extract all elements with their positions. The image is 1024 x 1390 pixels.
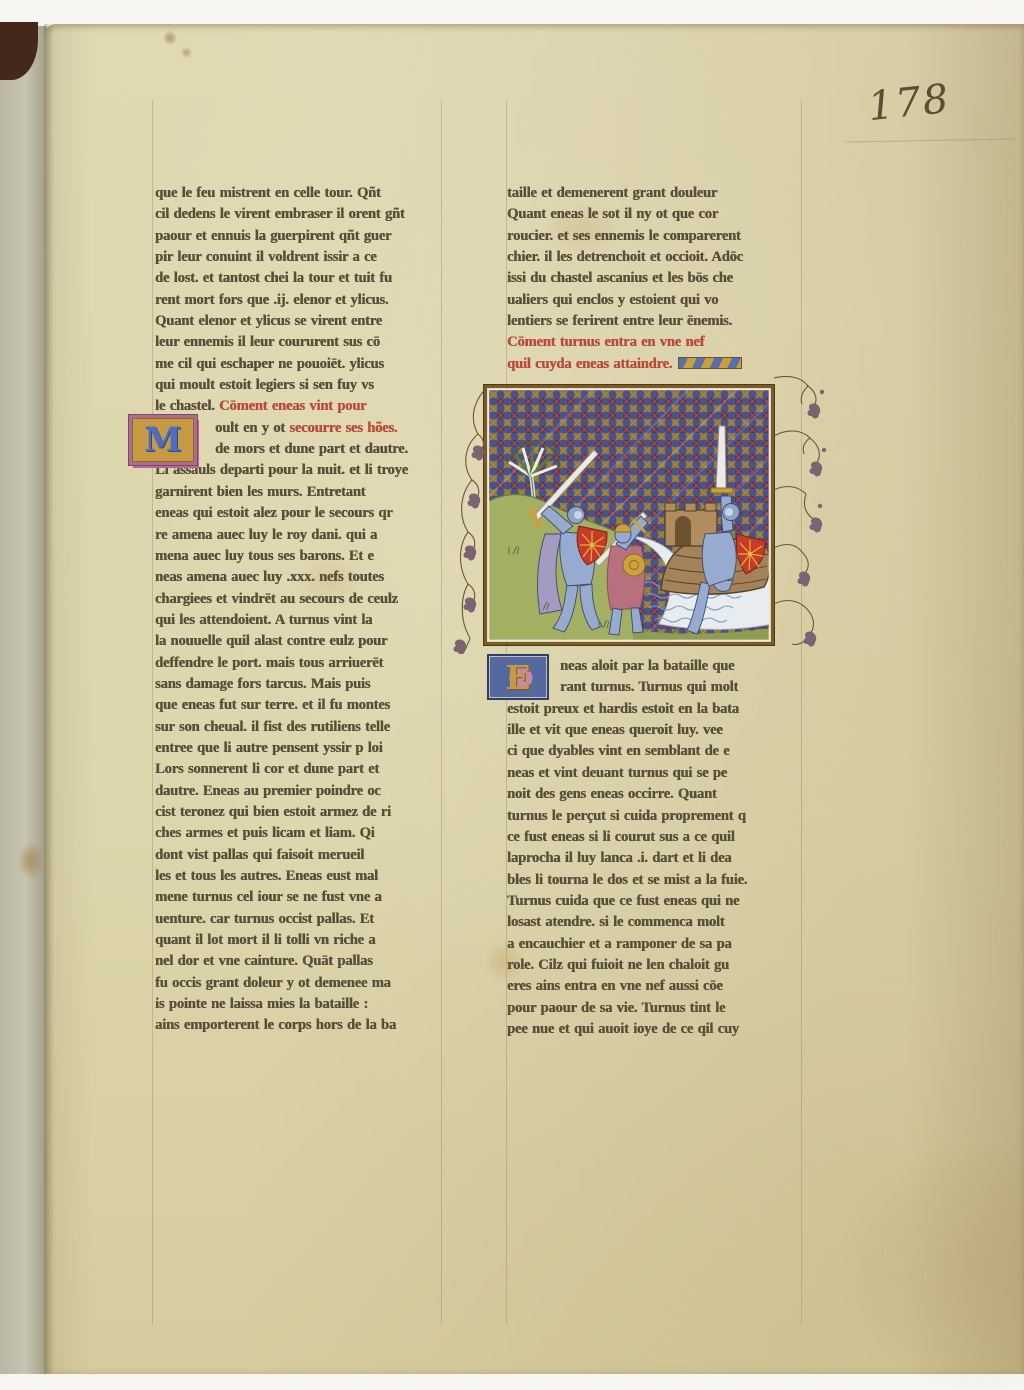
body-text: paour et ennuis la guerpirent qñt guer <box>155 228 391 244</box>
text-line: losast atendre. si le commenca molt <box>507 912 804 933</box>
text-line: deffendre le port. mais tous arriuerēt <box>155 653 443 674</box>
body-text: sans damage fors tarcus. Mais puis <box>155 676 370 692</box>
body-text: turnus le perçut si cuida proprement q <box>507 808 746 824</box>
manuscript-photo: 178 M que le feu mistrent en celle tour.… <box>0 0 1024 1390</box>
rubric-text: secourre ses hões. <box>289 420 397 436</box>
body-text: ci que dyables vint en semblant de e <box>507 743 729 759</box>
body-text: pee nue et qui auoit ioye de ce qil cuy <box>507 1021 739 1037</box>
body-text: ualiers qui enclos y estoient qui vo <box>507 292 718 308</box>
text-line: taille et demenerent grant douleur <box>507 183 804 204</box>
text-line: mene turnus cel iour se ne fust vne a <box>155 887 443 908</box>
right-column-lower-text: E neas aloit par la bataille querant tur… <box>507 656 804 1040</box>
body-text: losast atendre. si le commenca molt <box>507 914 724 930</box>
decorated-initial-m: M <box>129 415 197 465</box>
body-text: Quant eneas le sot il ny ot que cor <box>507 206 718 222</box>
body-text: neas et vint deuant turnus qui se pe <box>507 765 727 781</box>
text-line: sur son cheual. il fist des rutiliens te… <box>155 717 443 738</box>
text-line: estoit preux et hardis estoit en la bata <box>507 699 804 720</box>
text-line: role. Cilz qui fuioit ne len chaloit gu <box>507 955 804 976</box>
body-text: eneas qui estoit alez pour le secours qr <box>155 505 392 521</box>
right-column-upper-text: taille et demenerent grant douleurQuant … <box>507 183 804 375</box>
text-line: neas et vint deuant turnus qui se pe <box>507 763 804 784</box>
text-line: chargiees et vindrēt au secours de ceulz <box>155 589 443 610</box>
body-text: issi du chastel ascanius et les bōs che <box>507 270 733 286</box>
text-line: ualiers qui enclos y estoient qui vo <box>507 290 804 311</box>
text-line: eneas qui estoit alez pour le secours qr <box>155 503 443 524</box>
text-line: Li assauls departi pour la nuit. et li t… <box>155 460 443 481</box>
text-line: fu occis grant doleur y ot demenee ma <box>155 973 443 994</box>
body-text: mene turnus cel iour se ne fust vne a <box>155 889 382 905</box>
text-line: pir leur conuint il voldrent issir a ce <box>155 247 443 268</box>
text-line: neas aloit par la bataille que <box>507 656 804 677</box>
body-text: entree que li autre pensent yssir p loi <box>155 740 382 756</box>
folio-number: 178 <box>866 76 953 130</box>
text-line: Quant elenor et ylicus se virent entre <box>155 311 443 332</box>
body-text: rant turnus. Turnus qui molt <box>560 679 738 695</box>
body-text: mena auec luy tous ses barons. Et e <box>155 548 374 564</box>
text-line: is pointe ne laissa mies la bataille : <box>155 994 443 1015</box>
body-text: laprocha il luy lanca .i. dart et li dea <box>507 850 731 866</box>
body-text: is pointe ne laissa mies la bataille : <box>155 996 368 1012</box>
text-line: a encauchier et a ramponer de sa pa <box>507 934 804 955</box>
body-text: dautre. Eneas au premier poindre oc <box>155 783 381 799</box>
body-text: roucier. et ses ennemis le comparerent <box>507 228 741 244</box>
body-text: ce fust eneas si li courut sus a ce quil <box>507 829 735 845</box>
text-line: mena auec luy tous ses barons. Et e <box>155 546 443 567</box>
text-line: ce fust eneas si li courut sus a ce quil <box>507 827 804 848</box>
text-line: entree que li autre pensent yssir p loi <box>155 738 443 759</box>
text-line: Lors sonnerent li cor et dune part et <box>155 759 443 780</box>
initial-letter: M <box>144 420 182 460</box>
margin-vine-left <box>452 386 492 654</box>
body-text: role. Cilz qui fuioit ne len chaloit gu <box>507 957 729 973</box>
body-text: bles li tourna le dos et se mist a la fu… <box>507 872 747 888</box>
miniature <box>483 384 775 646</box>
line-filler-ornament <box>678 357 742 369</box>
initial-letter: E <box>505 658 530 697</box>
miniature-painting <box>483 384 775 646</box>
margin-vine-right <box>772 372 842 664</box>
left-text-column: M que le feu mistrent en celle tour. Qñt… <box>155 183 443 1037</box>
text-line: ains emporterent le corps hors de la ba <box>155 1015 443 1036</box>
text-line: pee nue et qui auoit ioye de ce qil cuy <box>507 1019 804 1040</box>
text-line: quil cuyda eneas attaindre. <box>507 354 804 375</box>
body-text: uenture. car turnus occist pallas. Et <box>155 911 374 927</box>
text-line: de lost. et tantost chei la tour et tuit… <box>155 268 443 289</box>
text-line: paour et ennuis la guerpirent qñt guer <box>155 226 443 247</box>
text-line: ches armes et puis licam et liam. Qi <box>155 823 443 844</box>
text-line: roucier. et ses ennemis le comparerent <box>507 226 804 247</box>
body-text: pir leur conuint il voldrent issir a ce <box>155 249 377 265</box>
body-text: deffendre le port. mais tous arriuerēt <box>155 655 383 671</box>
body-text: noit des gens eneas occirre. Quant <box>507 786 717 802</box>
text-line: Quant eneas le sot il ny ot que cor <box>507 204 804 225</box>
text-line: Cōment turnus entra en vne nef <box>507 332 804 353</box>
body-text: leur ennemis il leur coururent sus cō <box>155 334 380 350</box>
text-line: qui moult estoit legiers si sen fuy vs <box>155 375 443 396</box>
text-line: Turnus cuida que ce fust eneas qui ne <box>507 891 804 912</box>
text-line: que le feu mistrent en celle tour. Qñt <box>155 183 443 204</box>
body-text: nel dor et vne cainture. Quāt pallas <box>155 953 373 969</box>
body-text: me cil qui eschaper ne pouoiēt. ylicus <box>155 356 384 372</box>
body-text: qui les attendoient. A turnus vint la <box>155 612 372 628</box>
text-line: rant turnus. Turnus qui molt <box>507 677 804 698</box>
text-line: quant il lot mort il li tolli vn riche a <box>155 930 443 951</box>
rubric-text: Cōment eneas vint pour <box>219 398 366 414</box>
body-text: qui moult estoit legiers si sen fuy vs <box>155 377 374 393</box>
body-text: Turnus cuida que ce fust eneas qui ne <box>507 893 739 909</box>
body-text: fu occis grant doleur y ot demenee ma <box>155 975 391 991</box>
text-line: leur ennemis il leur coururent sus cō <box>155 332 443 353</box>
text-line: sans damage fors tarcus. Mais puis <box>155 674 443 695</box>
body-text: Quant elenor et ylicus se virent entre <box>155 313 382 329</box>
text-line: issi du chastel ascanius et les bōs che <box>507 268 804 289</box>
body-text: oult en y ot <box>215 420 289 436</box>
decorated-initial-e: E <box>487 654 549 700</box>
text-line: lentiers se ferirent entre leur ēnemis. <box>507 311 804 332</box>
body-text: cist teronez qui bien estoit armez de ri <box>155 804 391 820</box>
text-line: les et tous les autres. Eneas eust mal <box>155 866 443 887</box>
text-line: rent mort fors que .ij. elenor et ylicus… <box>155 290 443 311</box>
body-text: lentiers se ferirent entre leur ēnemis. <box>507 313 732 329</box>
body-text: de lost. et tantost chei la tour et tuit… <box>155 270 392 286</box>
body-text: Lors sonnerent li cor et dune part et <box>155 761 379 777</box>
body-text: le chastel. <box>155 398 219 414</box>
text-line: uenture. car turnus occist pallas. Et <box>155 909 443 930</box>
body-text: que le feu mistrent en celle tour. Qñt <box>155 185 381 201</box>
text-line: oult en y ot secourre ses hões. <box>155 418 443 439</box>
body-text: chargiees et vindrēt au secours de ceulz <box>155 591 398 607</box>
text-line: cil dedens le virent embraser il orent g… <box>155 204 443 225</box>
rubric-text: Cōment turnus entra en vne nef <box>507 334 704 350</box>
body-text: cil dedens le virent embraser il orent g… <box>155 206 405 222</box>
text-line: laprocha il luy lanca .i. dart et li dea <box>507 848 804 869</box>
page-edge <box>0 26 47 1374</box>
right-text-column: taille et demenerent grant douleurQuant … <box>507 183 804 1040</box>
page-gutter-shadow <box>44 24 54 1374</box>
body-text: sur son cheual. il fist des rutiliens te… <box>155 719 390 735</box>
text-line: ille et vit que eneas queroit luy. vee <box>507 720 804 741</box>
text-line: neas amena auec luy .xxx. nefs toutes <box>155 567 443 588</box>
body-text: chier. il les detrenchoit et occioit. Ad… <box>507 249 743 265</box>
text-line: de mors et dune part et dautre. <box>155 439 443 460</box>
text-line: chier. il les detrenchoit et occioit. Ad… <box>507 247 804 268</box>
body-text: estoit preux et hardis estoit en la bata <box>507 701 739 717</box>
body-text: garnirent bien les murs. Entretant <box>155 484 365 500</box>
body-text: rent mort fors que .ij. elenor et ylicus… <box>155 292 388 308</box>
text-line: eres ains entra en vne nef aussi cōe <box>507 976 804 997</box>
text-line: nel dor et vne cainture. Quāt pallas <box>155 951 443 972</box>
text-line: que eneas fut sur terre. et il fu montes <box>155 695 443 716</box>
text-line: dautre. Eneas au premier poindre oc <box>155 781 443 802</box>
body-text: a encauchier et a ramponer de sa pa <box>507 936 731 952</box>
body-text: neas aloit par la bataille que <box>560 658 734 674</box>
body-text: re amena auec luy le roy dani. qui a <box>155 527 377 543</box>
body-text: ches armes et puis licam et liam. Qi <box>155 825 374 841</box>
body-text: pour paour de sa vie. Turnus tint le <box>507 1000 725 1016</box>
body-text: neas amena auec luy .xxx. nefs toutes <box>155 569 384 585</box>
text-line: noit des gens eneas occirre. Quant <box>507 784 804 805</box>
text-line: turnus le perçut si cuida proprement q <box>507 806 804 827</box>
text-line: la nouuelle quil alast contre eulz pour <box>155 631 443 652</box>
body-text: dont vist pallas qui faisoit merueil <box>155 847 364 863</box>
text-line: le chastel. Cōment eneas vint pour <box>155 396 443 417</box>
body-text: les et tous les autres. Eneas eust mal <box>155 868 378 884</box>
text-line: pour paour de sa vie. Turnus tint le <box>507 998 804 1019</box>
rubric-text: quil cuyda eneas attaindre. <box>507 356 672 372</box>
body-text: que eneas fut sur terre. et il fu montes <box>155 697 390 713</box>
text-line: qui les attendoient. A turnus vint la <box>155 610 443 631</box>
body-text: ille et vit que eneas queroit luy. vee <box>507 722 723 738</box>
text-line: bles li tourna le dos et se mist a la fu… <box>507 870 804 891</box>
body-text: quant il lot mort il li tolli vn riche a <box>155 932 375 948</box>
body-text: de mors et dune part et dautre. <box>215 441 408 457</box>
body-text: ains emporterent le corps hors de la ba <box>155 1017 396 1033</box>
text-line: dont vist pallas qui faisoit merueil <box>155 845 443 866</box>
text-line: ci que dyables vint en semblant de e <box>507 741 804 762</box>
body-text: la nouuelle quil alast contre eulz pour <box>155 633 387 649</box>
text-line: re amena auec luy le roy dani. qui a <box>155 525 443 546</box>
text-line: me cil qui eschaper ne pouoiēt. ylicus <box>155 354 443 375</box>
body-text: taille et demenerent grant douleur <box>507 185 717 201</box>
ruling-line <box>152 100 153 1325</box>
text-line: cist teronez qui bien estoit armez de ri <box>155 802 443 823</box>
text-line: garnirent bien les murs. Entretant <box>155 482 443 503</box>
body-text: eres ains entra en vne nef aussi cōe <box>507 978 723 994</box>
